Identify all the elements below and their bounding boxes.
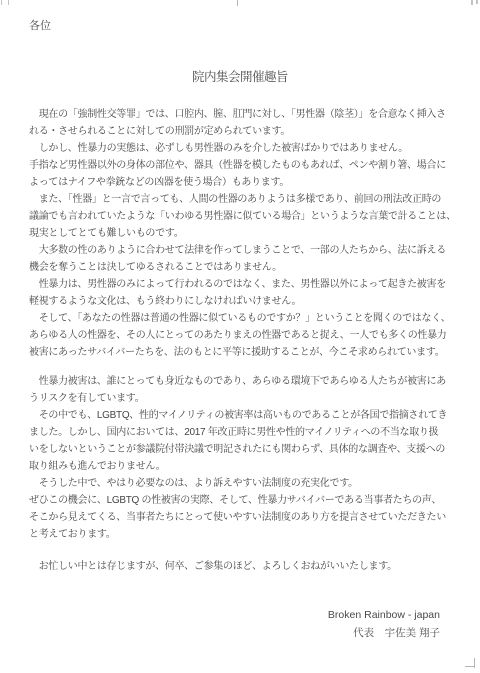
text-line: いをしないということが参議院付帯決議で明記されたにも関わらず、具体的な調査や、支… [29, 441, 461, 458]
text-line: そこから見えてくる、当事者たちにとって使いやすい法制度のあり方を提言させていただ… [29, 509, 461, 526]
text-line: そうした中で、やはり必要なのは、より訴えやすい法制度の充実化です。 [29, 475, 461, 492]
paragraph-block-1: 現在の「強制性交等罪」では、口腔内、膣、肛門に対し、「男性器（陰茎）」を合意なく… [29, 106, 461, 361]
crop-mark-top-right-1 [471, 0, 473, 5]
text-line: 大多数の性のありように合わせて法律を作ってしまうことで、一部の人たちから、法に訴… [29, 242, 461, 259]
crop-mark-top-right-2 [476, 0, 478, 4]
text-line: お忙しい中とは存じますが、何卒、ご参集のほど、よろしくおねがいいたします。 [29, 558, 461, 575]
text-line: しかし、性暴力の実態は、必ずしも男性器のみを介した被害ばかりではありません。 [29, 140, 461, 157]
text-line: 機会を奪うことは決してゆるされることではありません。 [29, 259, 461, 276]
text-line: うリスクを有しています。 [29, 390, 461, 407]
text-line: と考えております。 [29, 526, 461, 543]
text-line: ぜひこの機会に、LGBTQ の性被害の実際、そして、性暴力サバイバーである当事者… [29, 492, 461, 509]
text-line: 取り組みも進んでおりません。 [29, 458, 461, 475]
salutation: 各位 [29, 17, 51, 33]
document-page: 各位 院内集会開催趣旨 現在の「強制性交等罪」では、口腔内、膣、肛門に対し、「男… [0, 0, 480, 673]
text-line: れる・させられることに対しての刑罰が定められています。 [29, 123, 461, 140]
text-line: 議論でも言われていたような「いわゆる男性器に似ている場合」というような言葉で計る… [29, 208, 461, 225]
closing-paragraph: お忙しい中とは存じますが、何卒、ご参集のほど、よろしくおねがいいたします。 [29, 558, 461, 575]
text-line: よってはナイフや拳銃などの凶器を使う場合）もあります。 [29, 174, 461, 191]
signature-representative: 代表 宇佐美 翔子 [328, 624, 440, 642]
crop-mark-top-center [237, 0, 238, 6]
signature-organization: Broken Rainbow - japan [328, 606, 440, 624]
crop-mark-bottom-right-horizontal [465, 666, 475, 667]
text-line: 性暴力被害は、誰にとっても身近なものであり、あらゆる環境下であらゆる人たちが被害… [29, 373, 461, 390]
text-line: ました。しかし、国内においては、2017 年改正時に男性や性的マイノリティへの不… [29, 424, 461, 441]
text-line: あらゆる人の性器を、その人にとってのあたりまえの性器であると捉え、一人でも多くの… [29, 327, 461, 344]
text-line: 手指など男性器以外の身体の部位や、器具（性器を模したものもあれば、ペンや割り箸、… [29, 157, 461, 174]
document-title: 院内集会開催趣旨 [0, 67, 480, 85]
paragraph-block-2: 性暴力被害は、誰にとっても身近なものであり、あらゆる環境下であらゆる人たちが被害… [29, 373, 461, 543]
text-line: その中でも、LGBTQ、性的マイノリティの被害率は高いものであることが各国で指摘… [29, 407, 461, 424]
signature-block: Broken Rainbow - japan 代表 宇佐美 翔子 [328, 606, 440, 642]
text-line: 被害にあったサバイバーたちを、法のもとに平等に援助することが、今こそ求められてい… [29, 344, 461, 361]
crop-mark-top-left-2 [8, 0, 9, 5]
text-line: 現実としてとても難しいものです。 [29, 225, 461, 242]
crop-mark-top-left-1 [1, 0, 2, 5]
text-line: また、「性器」と一言で言っても、人間の性器のありようは多様であり、前回の刑法改正… [29, 191, 461, 208]
text-line: 性暴力は、男性器のみによって行われるのではなく、また、男性器以外によって起きた被… [29, 276, 461, 293]
text-line: 現在の「強制性交等罪」では、口腔内、膣、肛門に対し、「男性器（陰茎）」を合意なく… [29, 106, 461, 123]
text-line: そして、「あなたの性器は普通の性器に似ているものですか？」ということを聞くのでは… [29, 310, 461, 327]
document-body: 現在の「強制性交等罪」では、口腔内、膣、肛門に対し、「男性器（陰茎）」を合意なく… [29, 106, 461, 575]
text-line: 軽視するような文化は、もう終わりにしなければいけません。 [29, 293, 461, 310]
